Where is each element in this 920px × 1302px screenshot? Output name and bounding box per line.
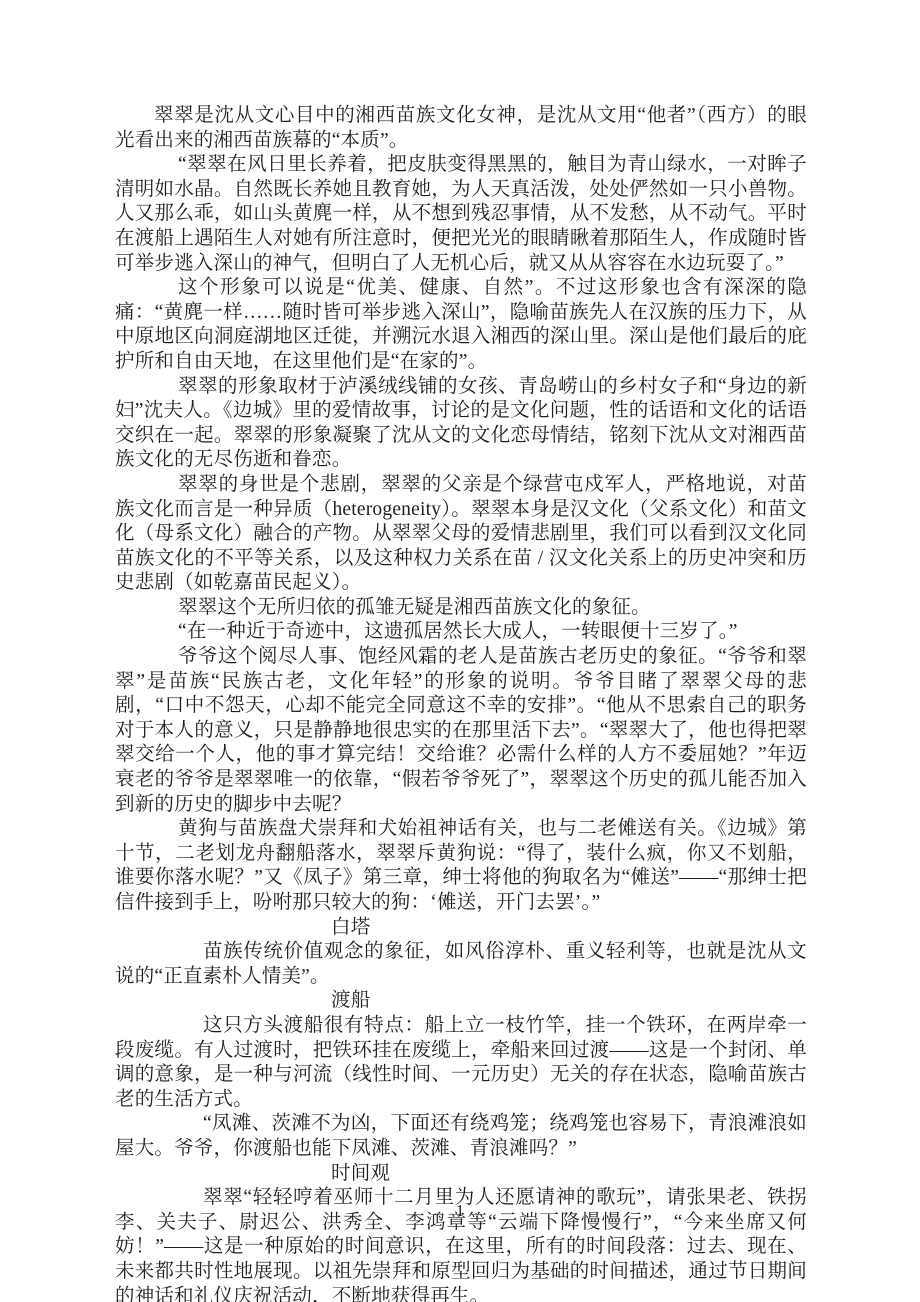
para-ferry-quote: “凤滩、茨滩不为凶，下面还有绕鸡笼；绕鸡笼也容易下，青浪滩浪如屋大。爷爷，你渡船… [115,1112,807,1161]
heading-white-pagoda: 白塔 [115,916,807,941]
para-intro: 翠翠是沈从文心目中的湘西苗族文化女神，是沈从文用“他者”（西方）的眼光看出来的湘… [115,104,807,153]
para-image-source: 翠翠的形象取材于泸溪绒线铺的女孩、青岛崂山的乡村女子和“身边的新妇”沈夫人。《边… [115,375,807,473]
para-orphan-symbol: 翠翠这个无所归依的孤雏无疑是湘西苗族文化的象征。 [115,596,807,621]
para-miracle-quote: “在一种近于奇迹中，这遗孤居然长大成人，一转眼便十三岁了。” [115,620,807,645]
para-image-analysis: 这个形象可以说是“优美、健康、自然”。不过这形象也含有深深的隐痛：“黄麂一样……… [115,276,807,374]
para-grandpa: 爷爷这个阅尽人事、饱经风霜的老人是苗族古老历史的象征。“爷爷和翠翠”是苗族“民族… [115,645,807,817]
para-white-pagoda: 苗族传统价值观念的象征，如风俗淳朴、重义轻利等，也就是沈从文说的“正直素朴人情美… [115,940,807,989]
para-yellow-dog: 黄狗与苗族盘犬崇拜和犬始祖神话有关，也与二老傩送有关。《边城》第十节，二老划龙舟… [115,817,807,915]
document-page: 翠翠是沈从文心目中的湘西苗族文化女神，是沈从文用“他者”（西方）的眼光看出来的湘… [0,0,920,1302]
para-family-tragedy: 翠翠的身世是个悲剧，翠翠的父亲是个绿营屯戍军人，严格地说，对苗族文化而言是一种异… [115,473,807,596]
para-ferry: 这只方头渡船很有特点：船上立一枝竹竿，挂一个铁环，在两岸牵一段废缆。有人过渡时，… [115,1014,807,1112]
heading-time-view: 时间观 [115,1162,807,1187]
para-quote-appearance: “翠翠在风日里长养着，把皮肤变得黑黑的，触目为青山绿水，一对眸子清明如水晶。自然… [115,153,807,276]
document-text-block: 翠翠是沈从文心目中的湘西苗族文化女神，是沈从文用“他者”（西方）的眼光看出来的湘… [115,104,807,1302]
page-number: 1 [0,1201,920,1221]
heading-ferry: 渡船 [115,989,807,1014]
